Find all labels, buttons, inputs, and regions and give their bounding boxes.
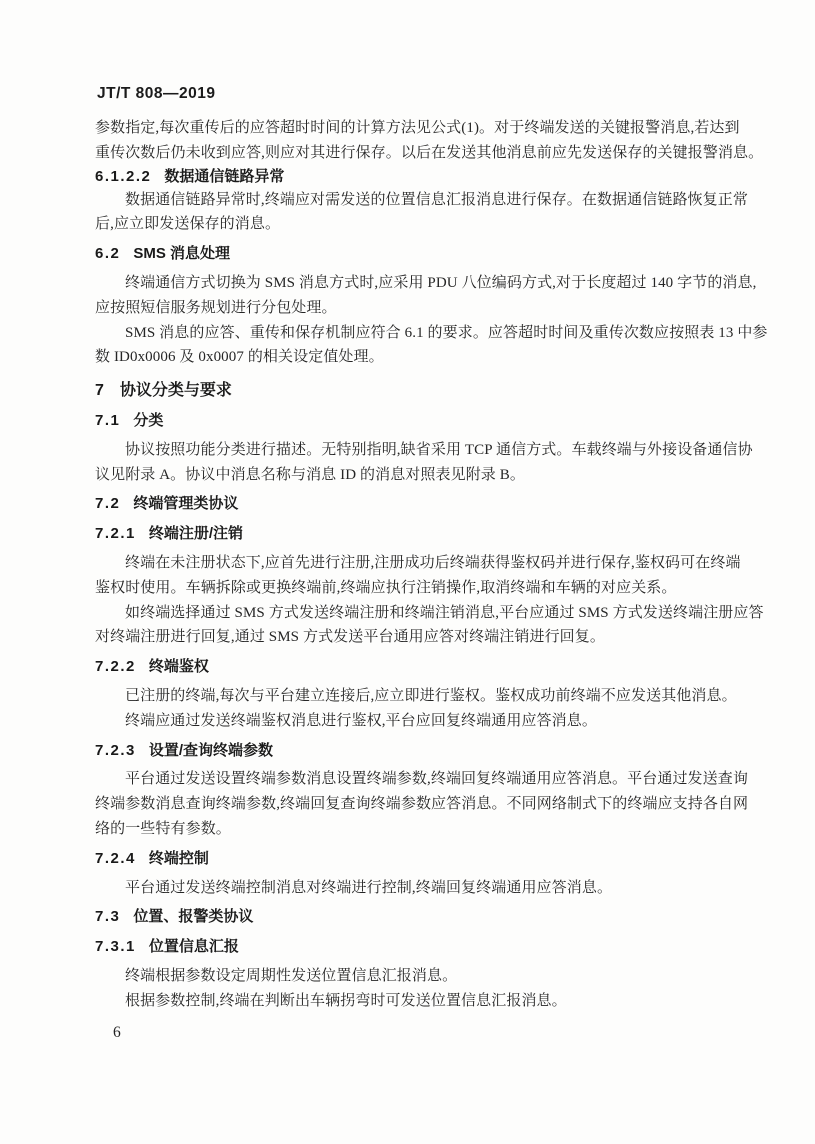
text-line: 议见附录 A。协议中消息名称与消息 ID 的消息对照表见附录 B。 — [95, 463, 723, 488]
text-line: 参数指定,每次重传后的应答超时时间的计算方法见公式(1)。对于终端发送的关键报警… — [95, 116, 723, 141]
heading-number: 7 — [95, 379, 104, 404]
text-line: 如终端选择通过 SMS 方式发送终端注册和终端注销消息,平台应通过 SMS 方式… — [95, 601, 723, 626]
text-line: 重传次数后仍未收到应答,则应对其进行保存。以后在发送其他消息前应先发送保存的关键… — [95, 141, 723, 166]
heading-number: 7.1 — [95, 409, 120, 434]
text-line: 平台通过发送设置终端参数消息设置终端参数,终端回复终端通用应答消息。平台通过发送… — [95, 767, 723, 792]
text-line: 根据参数控制,终端在判断出车辆拐弯时可发送位置信息汇报消息。 — [95, 989, 723, 1014]
heading-number: 7.2.2 — [95, 655, 136, 680]
paragraph: 平台通过发送终端控制消息对终端进行控制,终端回复终端通用应答消息。 — [95, 876, 723, 901]
paragraph: 根据参数控制,终端在判断出车辆拐弯时可发送位置信息汇报消息。 — [95, 989, 723, 1014]
heading-title: 位置信息汇报 — [149, 938, 239, 955]
heading-title: 终端控制 — [149, 850, 209, 867]
section-heading-7.3: 7.3位置、报警类协议 — [95, 905, 723, 930]
heading-title: 终端管理类协议 — [133, 495, 238, 512]
text-line: 鉴权时使用。车辆拆除或更换终端前,终端应执行注销操作,取消终端和车辆的对应关系。 — [95, 576, 723, 601]
paragraph: 终端在未注册状态下,应首先进行注册,注册成功后终端获得鉴权码并进行保存,鉴权码可… — [95, 551, 723, 601]
text-line: 后,应立即发送保存的消息。 — [95, 212, 723, 237]
heading-title: SMS 消息处理 — [133, 245, 230, 262]
heading-title: 终端鉴权 — [149, 658, 209, 675]
text-line: 数据通信链路异常时,终端应对需发送的位置信息汇报消息进行保存。在数据通信链路恢复… — [95, 188, 723, 213]
text-line: 终端应通过发送终端鉴权消息进行鉴权,平台应回复终端通用应答消息。 — [95, 709, 723, 734]
heading-number: 7.2.1 — [95, 522, 136, 547]
section-heading-7.2: 7.2终端管理类协议 — [95, 492, 723, 517]
doc-code: JT/T 808—2019 — [97, 85, 216, 103]
heading-title: 终端注册/注销 — [149, 525, 243, 542]
text-line: 终端在未注册状态下,应首先进行注册,注册成功后终端获得鉴权码并进行保存,鉴权码可… — [95, 551, 723, 576]
paragraph: 终端通信方式切换为 SMS 消息方式时,应采用 PDU 八位编码方式,对于长度超… — [95, 271, 723, 321]
paragraph: 协议按照功能分类进行描述。无特别指明,缺省采用 TCP 通信方式。车载终端与外接… — [95, 438, 723, 488]
heading-number: 6.1.2.2 — [95, 166, 151, 188]
section-heading-7.2.2: 7.2.2终端鉴权 — [95, 655, 723, 680]
heading-number: 7.2.4 — [95, 847, 136, 872]
text-line: 络的一些特有参数。 — [95, 817, 723, 842]
heading-title: 设置/查询终端参数 — [149, 742, 273, 759]
text-line: 对终端注册进行回复,通过 SMS 方式发送平台通用应答对终端注销进行回复。 — [95, 625, 723, 650]
paragraph: 已注册的终端,每次与平台建立连接后,应立即进行鉴权。鉴权成功前终端不应发送其他消… — [95, 684, 723, 709]
section-heading-6.1.2.2: 6.1.2.2数据通信链路异常 — [95, 166, 723, 188]
heading-number: 7.2 — [95, 492, 120, 517]
paragraph: 终端根据参数设定周期性发送位置信息汇报消息。 — [95, 964, 723, 989]
paragraph: 数据通信链路异常时,终端应对需发送的位置信息汇报消息进行保存。在数据通信链路恢复… — [95, 188, 723, 238]
heading-number: 7.2.3 — [95, 739, 136, 764]
document-page: JT/T 808—2019 参数指定,每次重传后的应答超时时间的计算方法见公式(… — [0, 0, 815, 1144]
heading-title: 位置、报警类协议 — [133, 908, 253, 925]
page-number: 6 — [113, 1024, 121, 1042]
section-heading-7.2.4: 7.2.4终端控制 — [95, 847, 723, 872]
document-content: 参数指定,每次重传后的应答超时时间的计算方法见公式(1)。对于终端发送的关键报警… — [95, 116, 723, 1014]
section-heading-7.2.1: 7.2.1终端注册/注销 — [95, 522, 723, 547]
paragraph: 如终端选择通过 SMS 方式发送终端注册和终端注销消息,平台应通过 SMS 方式… — [95, 601, 723, 651]
heading-number: 7.3 — [95, 905, 120, 930]
heading-title: 数据通信链路异常 — [164, 168, 284, 185]
section-heading-7.3.1: 7.3.1位置信息汇报 — [95, 935, 723, 960]
text-line: 终端根据参数设定周期性发送位置信息汇报消息。 — [95, 964, 723, 989]
text-line: 数 ID0x0006 及 0x0007 的相关设定值处理。 — [95, 345, 723, 370]
section-heading-6.2: 6.2SMS 消息处理 — [95, 242, 723, 267]
section-heading-7.1: 7.1分类 — [95, 409, 723, 434]
section-heading-7.2.3: 7.2.3设置/查询终端参数 — [95, 739, 723, 764]
paragraph: 参数指定,每次重传后的应答超时时间的计算方法见公式(1)。对于终端发送的关键报警… — [95, 116, 723, 166]
text-line: 已注册的终端,每次与平台建立连接后,应立即进行鉴权。鉴权成功前终端不应发送其他消… — [95, 684, 723, 709]
text-line: SMS 消息的应答、重传和保存机制应符合 6.1 的要求。应答超时时间及重传次数… — [95, 321, 723, 346]
heading-title: 协议分类与要求 — [120, 382, 232, 399]
heading-title: 分类 — [133, 412, 163, 429]
heading-number: 6.2 — [95, 242, 120, 267]
paragraph: SMS 消息的应答、重传和保存机制应符合 6.1 的要求。应答超时时间及重传次数… — [95, 321, 723, 371]
section-heading-7: 7协议分类与要求 — [95, 379, 723, 404]
heading-number: 7.3.1 — [95, 935, 136, 960]
text-line: 终端参数消息查询终端参数,终端回复查询终端参数应答消息。不同网络制式下的终端应支… — [95, 792, 723, 817]
text-line: 终端通信方式切换为 SMS 消息方式时,应采用 PDU 八位编码方式,对于长度超… — [95, 271, 723, 296]
text-line: 平台通过发送终端控制消息对终端进行控制,终端回复终端通用应答消息。 — [95, 876, 723, 901]
paragraph: 终端应通过发送终端鉴权消息进行鉴权,平台应回复终端通用应答消息。 — [95, 709, 723, 734]
text-line: 协议按照功能分类进行描述。无特别指明,缺省采用 TCP 通信方式。车载终端与外接… — [95, 438, 723, 463]
text-line: 应按照短信服务规划进行分包处理。 — [95, 296, 723, 321]
paragraph: 平台通过发送设置终端参数消息设置终端参数,终端回复终端通用应答消息。平台通过发送… — [95, 767, 723, 841]
